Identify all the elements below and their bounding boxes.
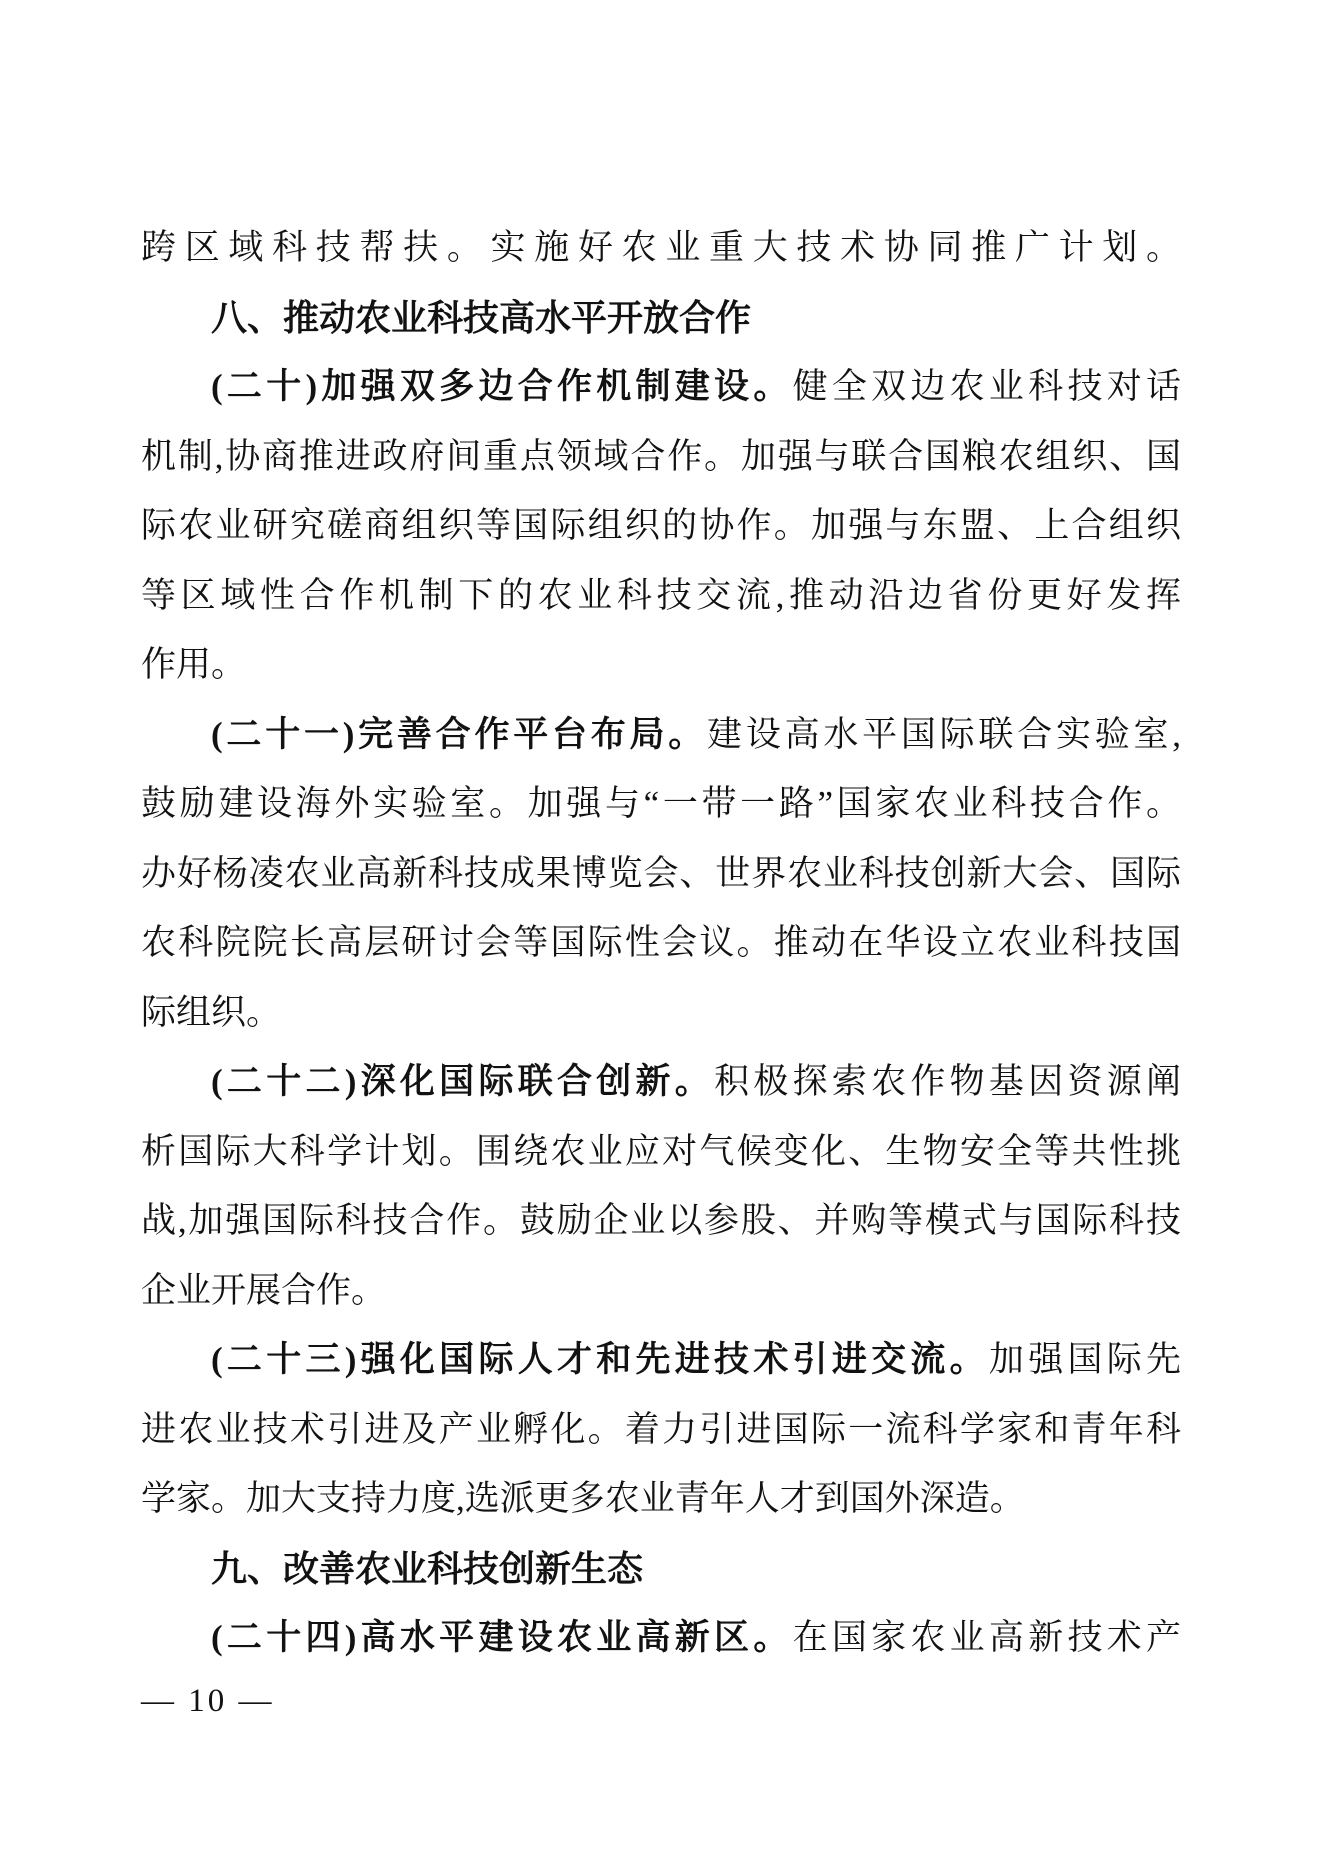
section-heading-8: 八、推动农业科技高水平开放合作 bbox=[141, 283, 1181, 353]
document-text-block: 跨区域科技帮扶。实施好农业重大技术协同推广计划。 八、推动农业科技高水平开放合作… bbox=[141, 213, 1181, 1673]
heading-text: 八、推动农业科技高水平开放合作 bbox=[211, 297, 751, 338]
body-line: 学家。加大支持力度,选派更多农业青年人才到国外深造。 bbox=[141, 1464, 1181, 1534]
line-text: 机制,协商推进政府间重点领域合作。加强与联合国粮农组织、国 bbox=[141, 437, 1181, 476]
line-text: 学家。加大支持力度,选派更多农业青年人才到国外深造。 bbox=[141, 1479, 1025, 1518]
section-heading-9: 九、改善农业科技创新生态 bbox=[141, 1534, 1181, 1604]
line-text: 办好杨凌农业高新科技成果博览会、世界农业科技创新大会、国际 bbox=[141, 854, 1181, 893]
clause-23-first-line: (二十三)强化国际人才和先进技术引进交流。加强国际先 bbox=[141, 1325, 1181, 1395]
body-line: 际组织。 bbox=[141, 978, 1181, 1048]
line-text: 作用。 bbox=[141, 645, 246, 684]
clause-title-bold: (二十四)高水平建设农业高新区。 bbox=[211, 1618, 793, 1657]
line-text: 析国际大科学计划。围绕农业应对气候变化、生物安全等共性挑 bbox=[141, 1132, 1181, 1171]
line-text: 跨区域科技帮扶。实施好农业重大技术协同推广计划。 bbox=[141, 228, 1181, 267]
body-line: 机制,协商推进政府间重点领域合作。加强与联合国粮农组织、国 bbox=[141, 422, 1181, 492]
body-line: 农科院院长高层研讨会等国际性会议。推动在华设立农业科技国 bbox=[141, 908, 1181, 978]
clause-title-bold: (二十)加强双多边合作机制建设。 bbox=[211, 367, 793, 406]
body-line: 企业开展合作。 bbox=[141, 1256, 1181, 1326]
body-line: 鼓励建设海外实验室。加强与“一带一路”国家农业科技合作。 bbox=[141, 769, 1181, 839]
line-text: 加强国际先 bbox=[989, 1340, 1181, 1379]
line-text: 际农业研究磋商组织等国际组织的协作。加强与东盟、上合组织 bbox=[141, 506, 1181, 545]
line-text: 健全双边农业科技对话 bbox=[793, 367, 1181, 406]
body-line: 进农业技术引进及产业孵化。着力引进国际一流科学家和青年科 bbox=[141, 1395, 1181, 1465]
clause-20-first-line: (二十)加强双多边合作机制建设。健全双边农业科技对话 bbox=[141, 352, 1181, 422]
line-text: 战,加强国际科技合作。鼓励企业以参股、并购等模式与国际科技 bbox=[141, 1201, 1181, 1240]
line-text: 企业开展合作。 bbox=[141, 1271, 386, 1310]
page-number: — 10 — bbox=[141, 1673, 275, 1729]
body-line: 跨区域科技帮扶。实施好农业重大技术协同推广计划。 bbox=[141, 213, 1181, 283]
line-text: 等区域性合作机制下的农业科技交流,推动沿边省份更好发挥 bbox=[141, 576, 1181, 615]
line-text: 际组织。 bbox=[141, 993, 281, 1032]
line-text: 建设高水平国际联合实验室, bbox=[707, 715, 1181, 754]
clause-22-first-line: (二十二)深化国际联合创新。积极探索农作物基因资源阐 bbox=[141, 1047, 1181, 1117]
body-line: 际农业研究磋商组织等国际组织的协作。加强与东盟、上合组织 bbox=[141, 491, 1181, 561]
line-text: 进农业技术引进及产业孵化。着力引进国际一流科学家和青年科 bbox=[141, 1410, 1181, 1449]
line-text: 鼓励建设海外实验室。加强与“一带一路”国家农业科技合作。 bbox=[141, 784, 1181, 823]
clause-title-bold: (二十二)深化国际联合创新。 bbox=[211, 1062, 714, 1101]
body-line: 析国际大科学计划。围绕农业应对气候变化、生物安全等共性挑 bbox=[141, 1117, 1181, 1187]
body-line: 作用。 bbox=[141, 630, 1181, 700]
line-text: 农科院院长高层研讨会等国际性会议。推动在华设立农业科技国 bbox=[141, 923, 1181, 962]
document-page: 跨区域科技帮扶。实施好农业重大技术协同推广计划。 八、推动农业科技高水平开放合作… bbox=[0, 0, 1323, 1871]
clause-title-bold: (二十一)完善合作平台布局。 bbox=[211, 715, 707, 754]
body-line: 等区域性合作机制下的农业科技交流,推动沿边省份更好发挥 bbox=[141, 561, 1181, 631]
line-text: 积极探索农作物基因资源阐 bbox=[714, 1062, 1181, 1101]
line-text: 在国家农业高新技术产 bbox=[793, 1618, 1181, 1657]
body-line: 战,加强国际科技合作。鼓励企业以参股、并购等模式与国际科技 bbox=[141, 1186, 1181, 1256]
clause-title-bold: (二十三)强化国际人才和先进技术引进交流。 bbox=[211, 1340, 989, 1379]
clause-24-first-line: (二十四)高水平建设农业高新区。在国家农业高新技术产 bbox=[141, 1603, 1181, 1673]
clause-21-first-line: (二十一)完善合作平台布局。建设高水平国际联合实验室, bbox=[141, 700, 1181, 770]
heading-text: 九、改善农业科技创新生态 bbox=[211, 1548, 643, 1589]
body-line: 办好杨凌农业高新科技成果博览会、世界农业科技创新大会、国际 bbox=[141, 839, 1181, 909]
